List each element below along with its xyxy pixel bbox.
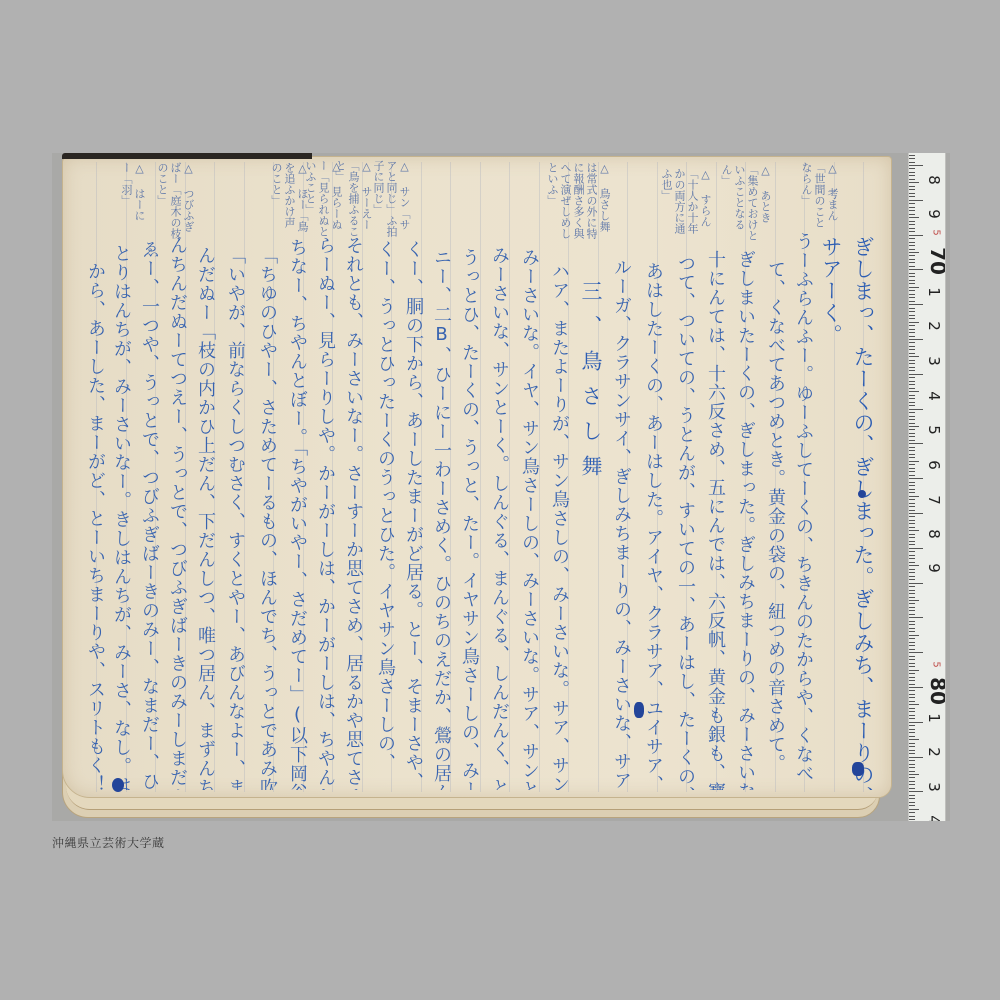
ruler-tick [909,506,915,507]
ruler-label: 3 [925,777,943,797]
ruler-tick [909,155,915,156]
text-column: から、あーした、まーがど、とーいちまーりや、スリトもく！ [82,262,108,790]
ruler-tick [909,746,915,747]
ruler-tick [909,450,915,451]
text-column: ニー、二B、ひーにー一わーさめく。ひのちのえだか、鶯の居ん [428,248,454,790]
ruler-tick [909,485,915,486]
ruler-tick [909,523,915,524]
ruler-tick [909,708,915,709]
ruler-tick [909,162,915,163]
ruler-tick [909,569,915,570]
ruler-label: 8 [925,524,943,544]
ruler-tick [909,336,915,337]
ruler-tick [909,436,915,437]
ruler-tick [909,516,915,517]
ruler-tick [909,158,915,159]
ink-blot [634,702,644,718]
text-column: ちなー、ちやんとぼー。「ちやがいやー、さだめてー」(以下岡谷條) [284,238,310,790]
text-column: 十にんては、十六反さめ、五にんでは、六反帆、黄金も銀も、寶も [702,250,728,790]
ruler-tick [909,739,919,740]
ruler-tick [909,586,915,587]
ruler-tick [909,583,923,584]
note: △ 鳥さし舞は常式の外に特に報酬さ多く與へて演ぜしめしといふ」 [546,162,611,242]
ruler-label: 7 [925,490,943,510]
ruler-tick [909,489,915,490]
ruler-tick [909,781,915,782]
ruler-tick [909,788,915,789]
ruler-tick [909,736,915,737]
ruler-label: 5 [925,420,943,440]
ruler-tick [909,398,915,399]
ink-blot [852,762,864,776]
ruler-tick [909,530,919,531]
text-column: みーさいな。イヤ、サン鳥さーしの、みーさいな。サア、サンとりさーしの、 [516,248,542,790]
ruler-tick [909,743,915,744]
ruler-tick [909,346,915,347]
ruler-tick [909,172,915,173]
text-column: 「いやが、前ならくしつむさく、すくとやー、あびんなよー、まずんち [222,246,248,790]
note: △ サン「サアと同じ」ふ拍子に同じ」 [372,160,411,240]
ruler-tick [909,238,915,239]
ruler-tick [909,429,915,430]
ruler-tick [909,527,915,528]
collection-caption: 沖縄県立芸術大学蔵 [52,834,165,851]
ruler-tick [909,423,915,424]
ruler-tick [909,412,915,413]
ruler-tick [909,388,915,389]
text-column: くー、胴の下から、あーしたまーがど居る。とー、そまーさや、 [400,240,426,790]
ruler-tick [909,597,915,598]
ruler-tick [909,715,915,716]
ruler-tick [909,649,915,650]
ruler-tick [909,384,915,385]
ruler-tick [909,193,915,194]
ruler-tick [909,520,915,521]
ruler-tick [909,203,915,204]
ruler-tick [909,590,915,591]
ruler-tick [909,614,915,615]
ruler-tick [909,409,923,410]
ruler-tick [909,332,915,333]
ruler-tick [909,697,915,698]
ruler-tick [909,777,915,778]
ruler-tick [909,315,915,316]
ruler-tick [909,165,923,166]
ruler-tick [909,551,915,552]
ruler-tick [909,704,919,705]
note: △ すらん「十人か十年かの両方に通ふ也」 [660,168,712,240]
text-column: らーぬー、見らーりしや。かーがーしは、かーがーしは、ちやんと、いつさ [312,236,338,790]
ruler-tick [909,297,915,298]
ruler-tick [909,729,915,730]
ruler-tick [909,349,915,350]
text-column: ぎしまっ、たーくの、ぎしまった。ぎしみち、まーりの、みーさいな。 [848,236,878,790]
ruler-tick [909,684,915,685]
ruler-tick [909,513,923,514]
ruler-tick [909,771,915,772]
ruler-tick [909,593,915,594]
ruler-tick [909,628,915,629]
ruler-tick [909,262,915,263]
ruler-tick [909,231,915,232]
ruler-tick [909,548,923,549]
ruler-tick [909,426,919,427]
ruler-tick [909,290,915,291]
ruler-tick [909,311,915,312]
ruler-label: 8 [925,170,943,190]
text-column: ゑー、一つや、うっとで、つびふぎばーきのみー、なまだー、ひやー」 [136,240,162,790]
ruler-label: 9 [925,558,943,578]
ruler-tick [909,367,915,368]
ruler-tick [909,207,915,208]
ruler-tick [909,287,919,288]
ruler-tick [909,447,915,448]
ruler-tick [909,228,915,229]
ruler-tick [909,711,915,712]
ruler-tick [909,419,915,420]
ruler-tick [909,329,915,330]
ruler-tick [909,249,915,250]
ruler-tick [909,318,915,319]
text-column: みーさいな、サンとーく。しんぐる、まんぐる、しんだんく、とーやく、 [486,246,512,790]
text-column: ぎしまいたーくの、ぎしまった。ぎしみちまーりの、みーさいな、サアーく。 [732,250,758,790]
note: △ あとき「集めておけといふことなるん」 [720,164,772,244]
ruler-tick [909,725,915,726]
note: △ つびふぎばー「庭木の枝のこと」 [156,162,195,240]
ink-blot [112,778,124,792]
ruler-tick [909,753,915,754]
ruler-tick [909,217,919,218]
ruler-tick [909,798,915,799]
text-column: うっとひ、たーくの、うっと、たー。イヤサン鳥さーしの、みーさいなー。 [456,248,482,790]
note: △ 考まん「世間のことならん」 [800,162,839,234]
ruler-tick [909,795,915,796]
text-column: とりはんちが、みーさいなー。きしはんちが、みーさ、なし。はにーの下 [108,244,134,790]
ruler-tick [909,245,915,246]
ruler-tick [909,496,919,497]
ruler-tick [909,624,915,625]
ruler-tick [909,322,919,323]
ruler-tick [909,175,915,176]
ruler-tick [909,301,915,302]
ruler-tick [909,468,915,469]
ruler-tick [909,276,915,277]
ruler-tick [909,809,919,810]
ruler-tick [909,805,915,806]
ruler-tick [909,701,915,702]
ruler-tick [909,395,915,396]
ruler-label: 5 [931,655,942,675]
text-column: つて、ついての、うとんが、すいての一、あーはし、たーくの、あーはした。エー、 [672,254,698,790]
ruler-tick [909,784,915,785]
ruler-tick [909,200,923,201]
ruler-tick [909,443,923,444]
ruler-tick [909,544,915,545]
ruler-tick [909,360,915,361]
ruler-tick [909,732,915,733]
ruler-tick [909,774,919,775]
ruler-tick [909,760,915,761]
section-heading: 三、鳥さし舞 [576,280,606,490]
ruler-tick [909,416,915,417]
ruler-tick [909,680,915,681]
ink-blot [858,490,866,498]
ruler-tick [909,656,915,657]
ruler-tick [909,189,915,190]
ruler-tick [909,440,915,441]
ruler-label: 5 [931,223,942,243]
ruler-tick [909,718,915,719]
ruler-tick [909,621,915,622]
ruler-tick [909,642,915,643]
note: △ 見らーぬー「見られぬといふこと」 [304,160,343,240]
ruler-tick [909,457,915,458]
ruler-tick [909,280,915,281]
ruler-label: 6 [925,455,943,475]
ruler-tick [909,478,923,479]
ruler-tick [909,186,915,187]
ruler-tick [909,381,915,382]
ruler-tick [909,259,915,260]
ruler-label: 3 [925,351,943,371]
ruler-tick [909,812,915,813]
ruler-tick [909,816,915,817]
ruler-tick [909,454,915,455]
text-column: サアーく。 [816,236,846,346]
ruler-tick [909,610,915,611]
ruler-tick [909,576,915,577]
ruler-tick [909,339,923,340]
ruler-tick [909,377,915,378]
ruler-tick [909,273,915,274]
ruler-tick [909,555,915,556]
ruler-tick [909,471,915,472]
ruler-tick [909,353,915,354]
ruler-tick [909,179,915,180]
ruler-tick [909,503,915,504]
text-column: 「ちゆのひやー、さためてーるもの、ほんでち、うっとであみ吹 [254,246,280,790]
ruler-tick [909,269,923,270]
ruler-tick [909,210,915,211]
ruler-tick [909,670,919,671]
ruler-tick [909,405,915,406]
notebook-binding [62,153,312,159]
text-column: んちんだぬーてつえー、うっとで、つびふぎばーきのみーしまだーひやー [164,236,190,790]
text-column: て、くなべてあつめとき。黄金の袋の、紐つめの音さめて。 [762,260,788,773]
ruler-tick [909,356,919,357]
ruler-tick [909,294,915,295]
ruler-tick [909,182,919,183]
ruler-label: 2 [925,742,943,762]
ruler-tick [909,537,915,538]
measuring-ruler: 895701234567895801234 [908,153,946,821]
ruler-tick [909,255,915,256]
ruler-tick [909,819,915,820]
note: △ ほー「鳥を追ふかけ声のこと」 [270,162,309,236]
ruler-label: 4 [925,386,943,406]
ruler-tick [909,499,915,500]
ruler-label: 2 [925,316,943,336]
ruler-tick [909,374,923,375]
ruler-tick [909,304,923,305]
note: △ はーにー「羽」 [120,162,146,222]
text-column: ルーガ、クラサンサイ、ぎしみちまーりの、みーさいな、サアーく。 [608,258,634,790]
ruler-tick [909,402,915,403]
ruler-tick [909,283,915,284]
ruler-label: 1 [925,708,943,728]
ruler-tick [909,600,919,601]
text-column: うーふらんふー。ゆーふしてーくの、ちきんのたからや、くなべ [790,232,816,783]
ruler-label: 70 [926,244,946,278]
ruler-tick [909,266,915,267]
ruler-tick [909,635,919,636]
ruler-tick [909,617,923,618]
ruler-tick [909,168,915,169]
ruler-tick [909,541,915,542]
ruler-tick [909,492,915,493]
ruler-tick [909,631,915,632]
ruler-tick [909,558,915,559]
ruler-tick [909,370,915,371]
ruler-tick [909,224,915,225]
ruler-tick [909,391,919,392]
ruler-tick [909,433,915,434]
ruler-label: 80 [926,674,946,708]
ruler-tick [909,562,915,563]
ruler-label: 4 [925,810,943,821]
ruler-tick [909,252,919,253]
text-column: くー、うっとひったーくのうっとひた。イヤサン鳥さーしの、 [372,240,398,772]
text-column: それとも、みーさいなー。さーすーか思てさめ、居るかや思てさめ、みー [340,236,366,790]
ruler-tick [909,325,915,326]
ruler-tick [909,666,915,667]
ruler-tick [909,475,915,476]
ruler-label: 1 [925,282,943,302]
ruler-tick [909,802,915,803]
ruler-tick [909,645,915,646]
ruler-tick [909,214,915,215]
text-column: ハア、またよーりが、サン鳥さしの、みーさいな。サア、サン、とりさーしの、 [546,262,572,790]
ruler-tick [909,767,915,768]
ruler-tick [909,242,915,243]
ruler-tick [909,510,915,511]
ruler-tick [909,342,915,343]
ruler-tick [909,607,915,608]
ruler-tick [909,308,915,309]
ruler-tick [909,677,915,678]
ruler-tick [909,565,919,566]
text-column: んだぬー「枝の内かひ上だん、下だんしつ、唯つ居ん、まずんちんぴー」 [192,246,218,790]
ruler-tick [909,196,915,197]
ruler-tick [909,464,915,465]
ruler-tick [909,461,919,462]
ruler-tick [909,750,915,751]
ruler-tick [909,652,923,653]
ruler-tick [909,663,915,664]
ruler-tick [909,687,923,688]
ruler-tick [909,764,915,765]
ruler-tick [909,659,915,660]
ruler-label: 9 [925,204,943,224]
ruler-tick [909,579,915,580]
ruler-tick [909,673,915,674]
ruler-tick [909,690,915,691]
ruler-tick [909,235,923,236]
ruler-tick [909,638,915,639]
ruler-tick [909,603,915,604]
ruler-tick [909,722,923,723]
ruler-tick [909,221,915,222]
ruler-tick [909,482,915,483]
ruler-tick [909,757,923,758]
ruler-tick [909,791,923,792]
ruler-tick [909,534,915,535]
ruler-tick [909,694,915,695]
ruler-tick [909,572,915,573]
ruler-tick [909,363,915,364]
